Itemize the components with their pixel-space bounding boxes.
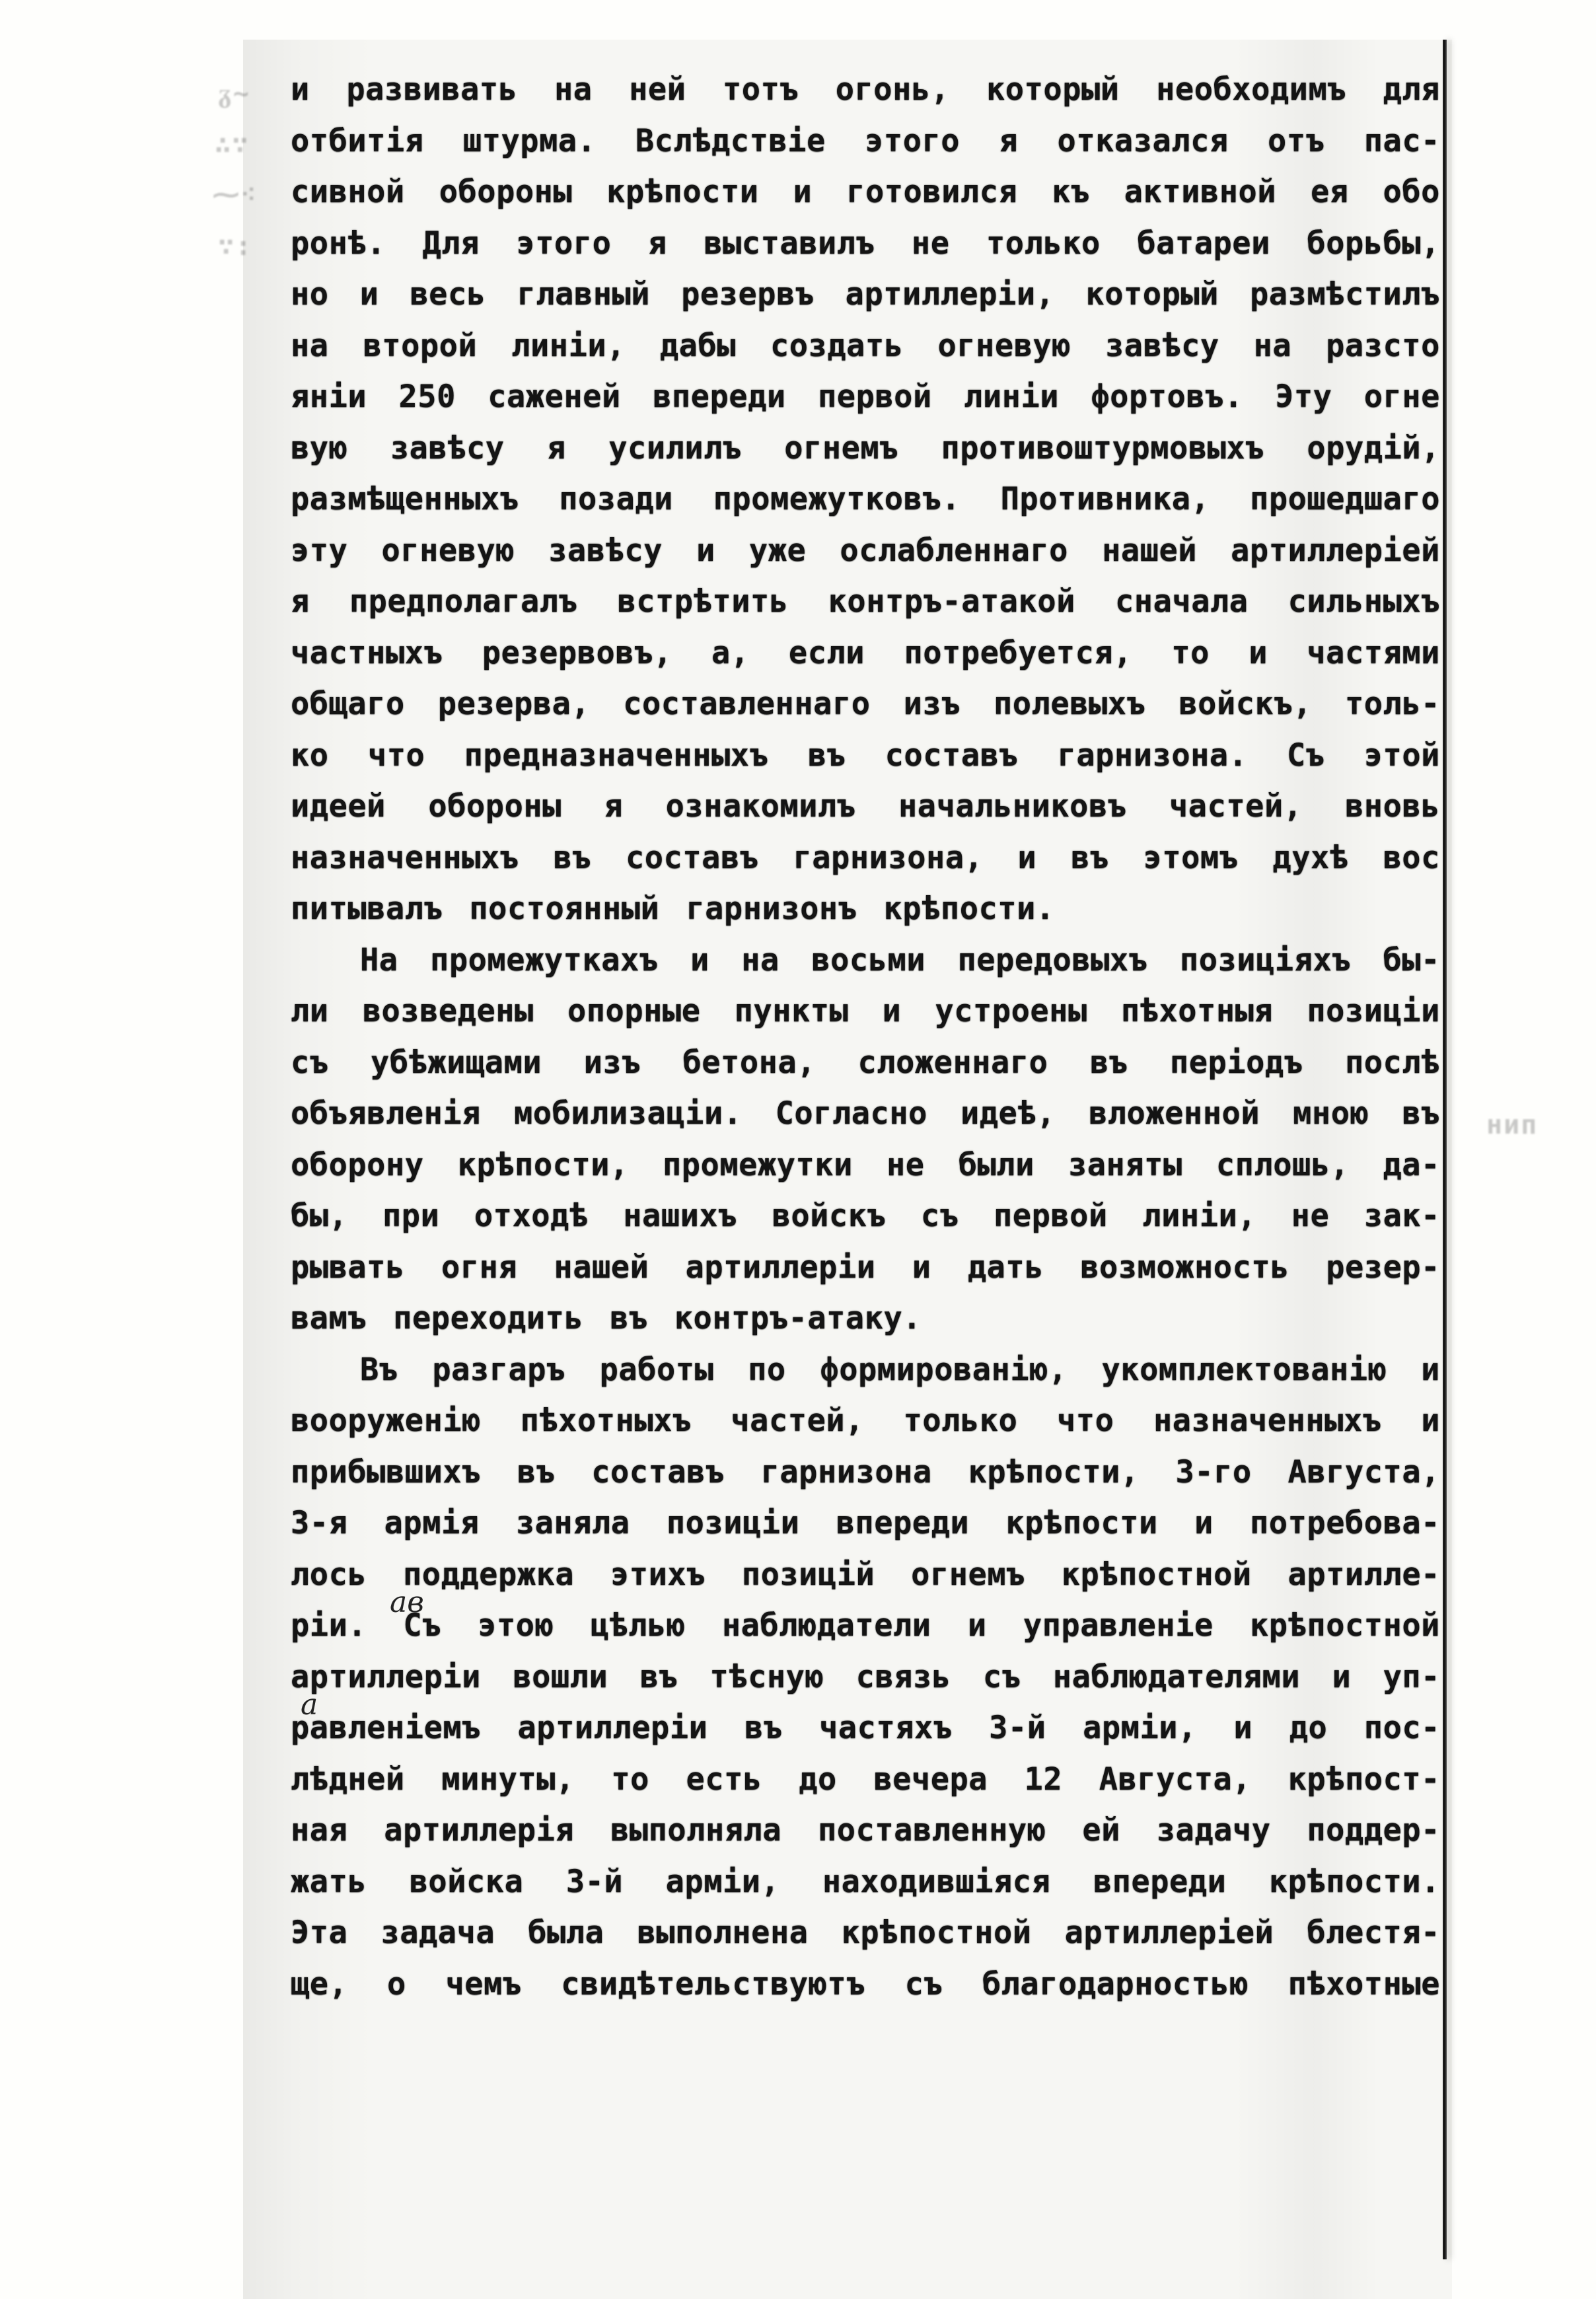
word: линіи — [964, 379, 1059, 415]
word: пункты — [735, 993, 849, 1029]
text-line: артиллеріивошливътѣснуюсвязьсънаблюдател… — [291, 1659, 1440, 1710]
word: предназначенныхъ — [464, 737, 769, 774]
word: изъ — [904, 686, 961, 722]
word: завѣсу — [390, 430, 505, 466]
word: свидѣтельствуютъ — [561, 1966, 865, 2002]
word: огнемъ — [911, 1556, 1025, 1593]
word: размѣщенныхъ — [291, 481, 519, 517]
word: поставленную — [818, 1812, 1046, 1848]
word: работы — [600, 1352, 714, 1388]
word: была — [528, 1915, 604, 1951]
word: Эта — [291, 1915, 347, 1951]
word: На — [360, 942, 398, 978]
word: и — [883, 993, 902, 1029]
text-line: оборонукрѣпости,промежуткинебылизанятысп… — [291, 1147, 1440, 1198]
word: огонь, — [836, 71, 950, 108]
word: поддержка — [403, 1556, 574, 1593]
word: пѣхотныя — [1121, 993, 1273, 1029]
word: питывалъ — [291, 891, 443, 927]
word: ней — [629, 71, 686, 108]
text-line: равленіемъартиллеріивъчастяхъ3-йарміи,ид… — [291, 1710, 1440, 1761]
word: укомплектованію — [1102, 1352, 1387, 1388]
word: и — [291, 71, 310, 108]
word: потребова- — [1250, 1505, 1440, 1541]
word: убѣжищами — [371, 1044, 542, 1081]
word: я — [291, 583, 310, 620]
word: создать — [770, 328, 904, 364]
word: пѣхотные — [1288, 1966, 1440, 2002]
word: войскъ — [772, 1198, 887, 1234]
text-line: ронѣ.Дляэтогоявыставилънетолькобатареибо… — [291, 225, 1440, 277]
word: періодъ — [1170, 1044, 1303, 1081]
word: о — [387, 1966, 406, 2002]
word: частей, — [1169, 788, 1303, 824]
word: разсто — [1326, 328, 1440, 364]
word: да- — [1383, 1147, 1440, 1183]
word: рывать — [291, 1249, 405, 1286]
word: линіи, — [1142, 1198, 1256, 1234]
typewritten-body: иразвиватьнанейтотъогонь,которыйнеобходи… — [291, 71, 1440, 2017]
word: штурма. — [463, 123, 597, 159]
word: выставилъ — [704, 225, 875, 262]
word: только — [986, 225, 1101, 262]
text-line: кочтопредназначенныхъвъсоставъгарнизона.… — [291, 737, 1440, 789]
word: резервовъ, — [482, 635, 672, 671]
text-line: лѣднейминуты,тоестьдовечера12Августа,крѣ… — [291, 1761, 1440, 1813]
word: ознакомилъ — [666, 788, 856, 824]
text-line: лосьподдержкаэтихъпозиційогнемъкрѣпостно… — [291, 1556, 1440, 1608]
word: впереди — [1093, 1864, 1227, 1900]
text-line: ливозведеныопорныепунктыиустроеныпѣхотны… — [291, 993, 1440, 1044]
word: назначенныхъ — [1153, 1403, 1382, 1439]
word: арміи, — [1083, 1710, 1197, 1746]
word: ей — [1082, 1812, 1120, 1848]
word: и — [968, 1607, 987, 1644]
word: находившіяся — [822, 1864, 1051, 1900]
word: заняла — [516, 1505, 630, 1541]
word: нашей — [1102, 532, 1197, 569]
word: для — [1383, 71, 1440, 108]
word: въ — [517, 1454, 556, 1490]
text-line: вуюзавѣсуяусилилъогнемъпротивоштурмовыхъ… — [291, 430, 1440, 482]
word: связь — [856, 1659, 951, 1695]
word: отказался — [1058, 123, 1229, 159]
text-line: вамъпереходитьвъконтръ-атаку. — [291, 1300, 1440, 1352]
text-line: япредполагалъвстрѣтитьконтръ-атакойснача… — [291, 583, 1440, 635]
word: крѣпости, — [458, 1147, 629, 1183]
word: вос — [1383, 840, 1440, 876]
word: но — [291, 276, 329, 312]
text-line: размѣщенныхъпозадипромежутковъ.Противник… — [291, 481, 1440, 532]
word: зак- — [1364, 1198, 1440, 1234]
word: постоянный — [469, 891, 659, 927]
word: и — [1233, 1710, 1252, 1746]
text-line: жатьвойска3-йарміи,находившіясявпередикр… — [291, 1864, 1440, 1915]
word: къ — [1052, 174, 1090, 210]
word: заняты — [1068, 1147, 1182, 1183]
word: яніи — [291, 379, 367, 415]
word: бы, — [291, 1198, 347, 1234]
word: впереди — [653, 379, 786, 415]
word: пас- — [1364, 123, 1440, 159]
handwritten-correction: а — [301, 1688, 318, 1722]
word: 3-й — [989, 1710, 1046, 1746]
word: Вслѣдствіе — [635, 123, 826, 159]
word: тотъ — [723, 71, 799, 108]
word: вамъ — [291, 1300, 367, 1336]
word: пос- — [1364, 1710, 1440, 1746]
word: то — [1171, 635, 1210, 671]
word: блестя- — [1307, 1915, 1440, 1951]
margin-bleed-through-text: нип — [1486, 1110, 1538, 1140]
word: назначенныхъ — [291, 840, 519, 876]
text-line: рыватьогнянашейартиллеріиидатьвозможност… — [291, 1249, 1440, 1301]
word: дабы — [660, 328, 736, 364]
word: въ — [744, 1710, 783, 1746]
word: не — [887, 1147, 925, 1183]
word: я — [999, 123, 1018, 159]
word: необходимъ — [1156, 71, 1346, 108]
word: позиціяхъ — [1180, 942, 1351, 978]
word: я — [547, 430, 566, 466]
word: дать — [968, 1249, 1044, 1286]
word: задачу — [1157, 1812, 1271, 1848]
word: начальниковъ — [898, 788, 1127, 824]
text-line: этуогневуюзавѣсуиужеослабленнагонашейарт… — [291, 532, 1440, 584]
word: и — [912, 1249, 931, 1286]
word: артиллеріи, — [846, 276, 1055, 312]
word: обороны — [428, 788, 562, 824]
word: ще, — [291, 1966, 347, 2002]
text-line: иразвиватьнанейтотъогонь,которыйнеобходи… — [291, 71, 1440, 123]
word: что — [368, 737, 425, 774]
text-line: Напромежуткахъинавосьмипередовыхъпозиція… — [291, 942, 1440, 994]
word: до — [799, 1761, 837, 1798]
word: огневую — [937, 328, 1071, 364]
word: вооруженію — [291, 1403, 481, 1439]
word: батареи — [1137, 225, 1270, 262]
word: завѣсу — [548, 532, 663, 569]
word: резер- — [1326, 1249, 1440, 1286]
word: возведены — [363, 993, 534, 1029]
word: обороны — [439, 174, 573, 210]
word: изъ — [584, 1044, 641, 1081]
word: формированію, — [820, 1352, 1067, 1388]
text-line: 3-яарміязанялапозиціивпередикрѣпостиипот… — [291, 1505, 1440, 1556]
word: резерва, — [438, 686, 590, 722]
text-line: Этазадачабылавыполненакрѣпостнойартиллер… — [291, 1915, 1440, 1966]
handwritten-correction: ав — [390, 1586, 424, 1619]
word: въ — [1402, 1095, 1440, 1132]
word: съ — [921, 1198, 959, 1234]
word: крѣпости. — [884, 891, 1055, 927]
word: позади — [559, 481, 673, 517]
word: огня — [441, 1249, 517, 1286]
word: который — [986, 71, 1120, 108]
word: ная — [291, 1812, 347, 1848]
word: то — [611, 1761, 649, 1798]
word: и — [1017, 840, 1036, 876]
word: частныхъ — [291, 635, 443, 671]
word: гарнизонъ — [686, 891, 857, 927]
word: фортовъ. — [1091, 379, 1243, 415]
word: и — [1332, 1659, 1351, 1695]
word: я — [648, 225, 667, 262]
word: съ — [983, 1659, 1021, 1695]
word: гарнизона — [761, 1454, 932, 1490]
word: бетона, — [682, 1044, 816, 1081]
word: позицій — [742, 1556, 875, 1593]
word: оборону — [291, 1147, 424, 1183]
word: благодарностью — [982, 1966, 1249, 2002]
word: въ — [1071, 840, 1109, 876]
word: ко — [291, 737, 329, 774]
text-line: бы,приотходѣнашихъвойскъсъпервойлиніи,не… — [291, 1198, 1440, 1249]
word: и — [696, 532, 715, 569]
word: объявленія — [291, 1095, 481, 1132]
word: на — [1254, 328, 1292, 364]
text-line: яніи250саженейвпередипервойлиніифортовъ.… — [291, 379, 1440, 430]
word: управленіе — [1023, 1607, 1214, 1644]
word: второй — [363, 328, 478, 364]
word: 3-я — [291, 1505, 347, 1541]
word: до — [1289, 1710, 1328, 1746]
word: только — [904, 1403, 1018, 1439]
word: готовился — [846, 174, 1017, 210]
page-edge-line — [1443, 40, 1447, 2259]
word: цѣлью — [591, 1607, 686, 1644]
word: тѣсную — [709, 1659, 824, 1695]
word: арміи, — [666, 1864, 780, 1900]
word: съ — [905, 1966, 943, 2002]
word: ея — [1311, 174, 1349, 210]
word: отбитія — [291, 123, 424, 159]
word: лѣдней — [291, 1761, 405, 1798]
word: выполняла — [610, 1812, 781, 1848]
word: контръ-атаку. — [674, 1300, 922, 1336]
word: и — [1421, 1352, 1440, 1388]
word: 3-го — [1176, 1454, 1252, 1490]
word: отходѣ — [474, 1198, 589, 1234]
word: пѣхотныхъ — [521, 1403, 692, 1439]
word: линіи, — [511, 328, 626, 364]
word: резервъ — [681, 276, 815, 312]
word: лось — [291, 1556, 367, 1593]
word: Согласно — [776, 1095, 927, 1132]
word: если — [789, 635, 865, 671]
word: артиллерія — [384, 1812, 574, 1848]
word: на — [741, 942, 780, 978]
word: прошедшаго — [1250, 481, 1440, 517]
word: Для — [423, 225, 480, 262]
word: сильныхъ — [1288, 583, 1440, 620]
text-line: сивнойобороныкрѣпостииготовилсякъактивно… — [291, 174, 1440, 225]
word: усилилъ — [608, 430, 742, 466]
word: этой — [1364, 737, 1440, 774]
word: при — [382, 1198, 439, 1234]
word: послѣ — [1345, 1044, 1440, 1081]
word: въ — [1090, 1044, 1128, 1081]
word: артиллеріей — [1065, 1915, 1274, 1951]
word: въ — [610, 1300, 648, 1336]
word: составъ — [591, 1454, 725, 1490]
word: огнемъ — [784, 430, 898, 466]
word: выполнена — [637, 1915, 808, 1951]
word: этого — [865, 123, 960, 159]
text-line: съубѣжищамиизъбетона,сложеннаговъперіодъ… — [291, 1044, 1440, 1096]
word: крѣпости. — [1269, 1864, 1440, 1900]
word: промежуткахъ — [430, 942, 659, 978]
word: ронѣ. — [291, 225, 386, 262]
word: минуты, — [441, 1761, 575, 1798]
word: и — [1249, 635, 1268, 671]
word: восьми — [811, 942, 925, 978]
word: составъ — [885, 737, 1019, 774]
word: крѣпости — [1005, 1505, 1157, 1541]
word: артиллеріи — [686, 1249, 876, 1286]
word: чемъ — [445, 1966, 521, 2002]
word: что — [1057, 1403, 1114, 1439]
word: орудій, — [1307, 430, 1440, 466]
word: уп- — [1383, 1659, 1440, 1695]
word: саженей — [488, 379, 621, 415]
word: крѣпостной — [1250, 1607, 1440, 1644]
word: переходить — [393, 1300, 583, 1336]
text-line: ріи.Съэтоюцѣльюнаблюдателииуправленіекрѣ… — [291, 1607, 1440, 1659]
word: вечера — [873, 1761, 988, 1798]
word: нашей — [554, 1249, 649, 1286]
word: сивной — [291, 174, 405, 210]
word: гарнизона. — [1058, 737, 1248, 774]
word: артилле- — [1288, 1556, 1440, 1593]
word: Августа, — [1099, 1761, 1251, 1798]
word: на — [554, 71, 593, 108]
word: обо — [1383, 174, 1440, 210]
word: равленіемъ — [291, 1710, 481, 1746]
text-line: питывалъпостоянныйгарнизонъкрѣпости. — [291, 891, 1440, 942]
word: крѣпост- — [1288, 1761, 1440, 1798]
text-line: Въразгаръработыпоформированію,укомплекто… — [291, 1352, 1440, 1403]
word: частяхъ — [819, 1710, 953, 1746]
word: и — [690, 942, 709, 978]
word: главный — [517, 276, 651, 312]
word: завѣсу — [1105, 328, 1219, 364]
word: крѣпостной — [1062, 1556, 1252, 1593]
word: духѣ — [1272, 840, 1348, 876]
word: а, — [711, 635, 750, 671]
word: встрѣтить — [617, 583, 788, 620]
word: и — [1194, 1505, 1214, 1541]
word: и — [1421, 1403, 1440, 1439]
word: задача — [381, 1915, 495, 1951]
word: эту — [291, 532, 347, 569]
word: уже — [749, 532, 806, 569]
text-line: объявленіямобилизаціи.Согласноидеѣ,вложе… — [291, 1095, 1440, 1147]
word: нашихъ — [623, 1198, 737, 1234]
word: первой — [818, 379, 932, 415]
word: гарнизона, — [793, 840, 983, 876]
word: опорные — [567, 993, 701, 1029]
word: полевыхъ — [994, 686, 1145, 722]
word: Августа, — [1288, 1454, 1440, 1490]
word: по — [748, 1352, 786, 1388]
word: борьбы, — [1307, 225, 1440, 262]
word: вложенной — [1089, 1095, 1260, 1132]
word: и — [360, 276, 379, 312]
word: жать — [291, 1864, 367, 1900]
bleed-through-mark: ∵: — [218, 231, 252, 262]
word: Противника, — [1001, 481, 1210, 517]
word: крѣпостной — [842, 1915, 1032, 1951]
word: вошли — [513, 1659, 608, 1695]
word: этомъ — [1143, 840, 1239, 876]
text-line: ще,очемъсвидѣтельствуютъсъблагодарностью… — [291, 1966, 1440, 2018]
word: этого — [516, 225, 611, 262]
word: войскъ, — [1179, 686, 1312, 722]
word: предполагалъ — [349, 583, 578, 620]
word: Съ — [1287, 737, 1325, 774]
word: контръ-атакой — [828, 583, 1075, 620]
word: 12 — [1025, 1761, 1063, 1798]
word: ли — [291, 993, 329, 1029]
word: этихъ — [610, 1556, 706, 1593]
word: который — [1085, 276, 1219, 312]
text-line: идеейобороныяознакомилъначальниковъчасте… — [291, 788, 1440, 840]
word: передовыхъ — [958, 942, 1148, 978]
word: вую — [291, 430, 347, 466]
bleed-through-mark: ⁓⁖ — [213, 180, 257, 210]
word: позиціи — [1307, 993, 1440, 1029]
word: размѣстилъ — [1250, 276, 1440, 312]
word: въ — [553, 840, 591, 876]
word: мною — [1293, 1095, 1369, 1132]
word: бы- — [1383, 942, 1440, 978]
word: артиллеріи — [291, 1659, 481, 1695]
word: съ — [291, 1044, 329, 1081]
text-line: наяартиллеріявыполнялапоставленнуюейзада… — [291, 1812, 1440, 1864]
word: вновь — [1345, 788, 1440, 824]
word: крѣпости, — [968, 1454, 1140, 1490]
text-line: навторойлиніи,дабысоздатьогневуюзавѣсуна… — [291, 328, 1440, 379]
word: наблюдателями — [1053, 1659, 1300, 1695]
word: возможность — [1080, 1249, 1289, 1286]
word: армія — [384, 1505, 480, 1541]
word: и — [793, 174, 812, 210]
word: 250 — [399, 379, 456, 415]
word: промежутковъ. — [713, 481, 961, 517]
word: развивать — [346, 71, 517, 108]
word: идеей — [291, 788, 386, 824]
word: не — [912, 225, 950, 262]
word: толь- — [1345, 686, 1440, 722]
word: въ — [808, 737, 846, 774]
word: идеѣ, — [961, 1095, 1056, 1132]
text-line: назначенныхъвъсоставъгарнизона,ивъэтомъд… — [291, 840, 1440, 891]
word: на — [291, 328, 329, 364]
word: промежутки — [663, 1147, 853, 1183]
word: позиціи — [667, 1505, 800, 1541]
word: артиллеріи — [517, 1710, 707, 1746]
text-line: частныхърезервовъ,а,еслипотребуется,тоич… — [291, 635, 1440, 686]
word: потребуется, — [904, 635, 1132, 671]
word: поддер- — [1307, 1812, 1440, 1848]
word: сначала — [1115, 583, 1249, 620]
word: не — [1291, 1198, 1330, 1234]
word: ослабленнаго — [840, 532, 1068, 569]
word: активной — [1124, 174, 1276, 210]
word: противоштурмовыхъ — [941, 430, 1264, 466]
word: есть — [686, 1761, 762, 1798]
